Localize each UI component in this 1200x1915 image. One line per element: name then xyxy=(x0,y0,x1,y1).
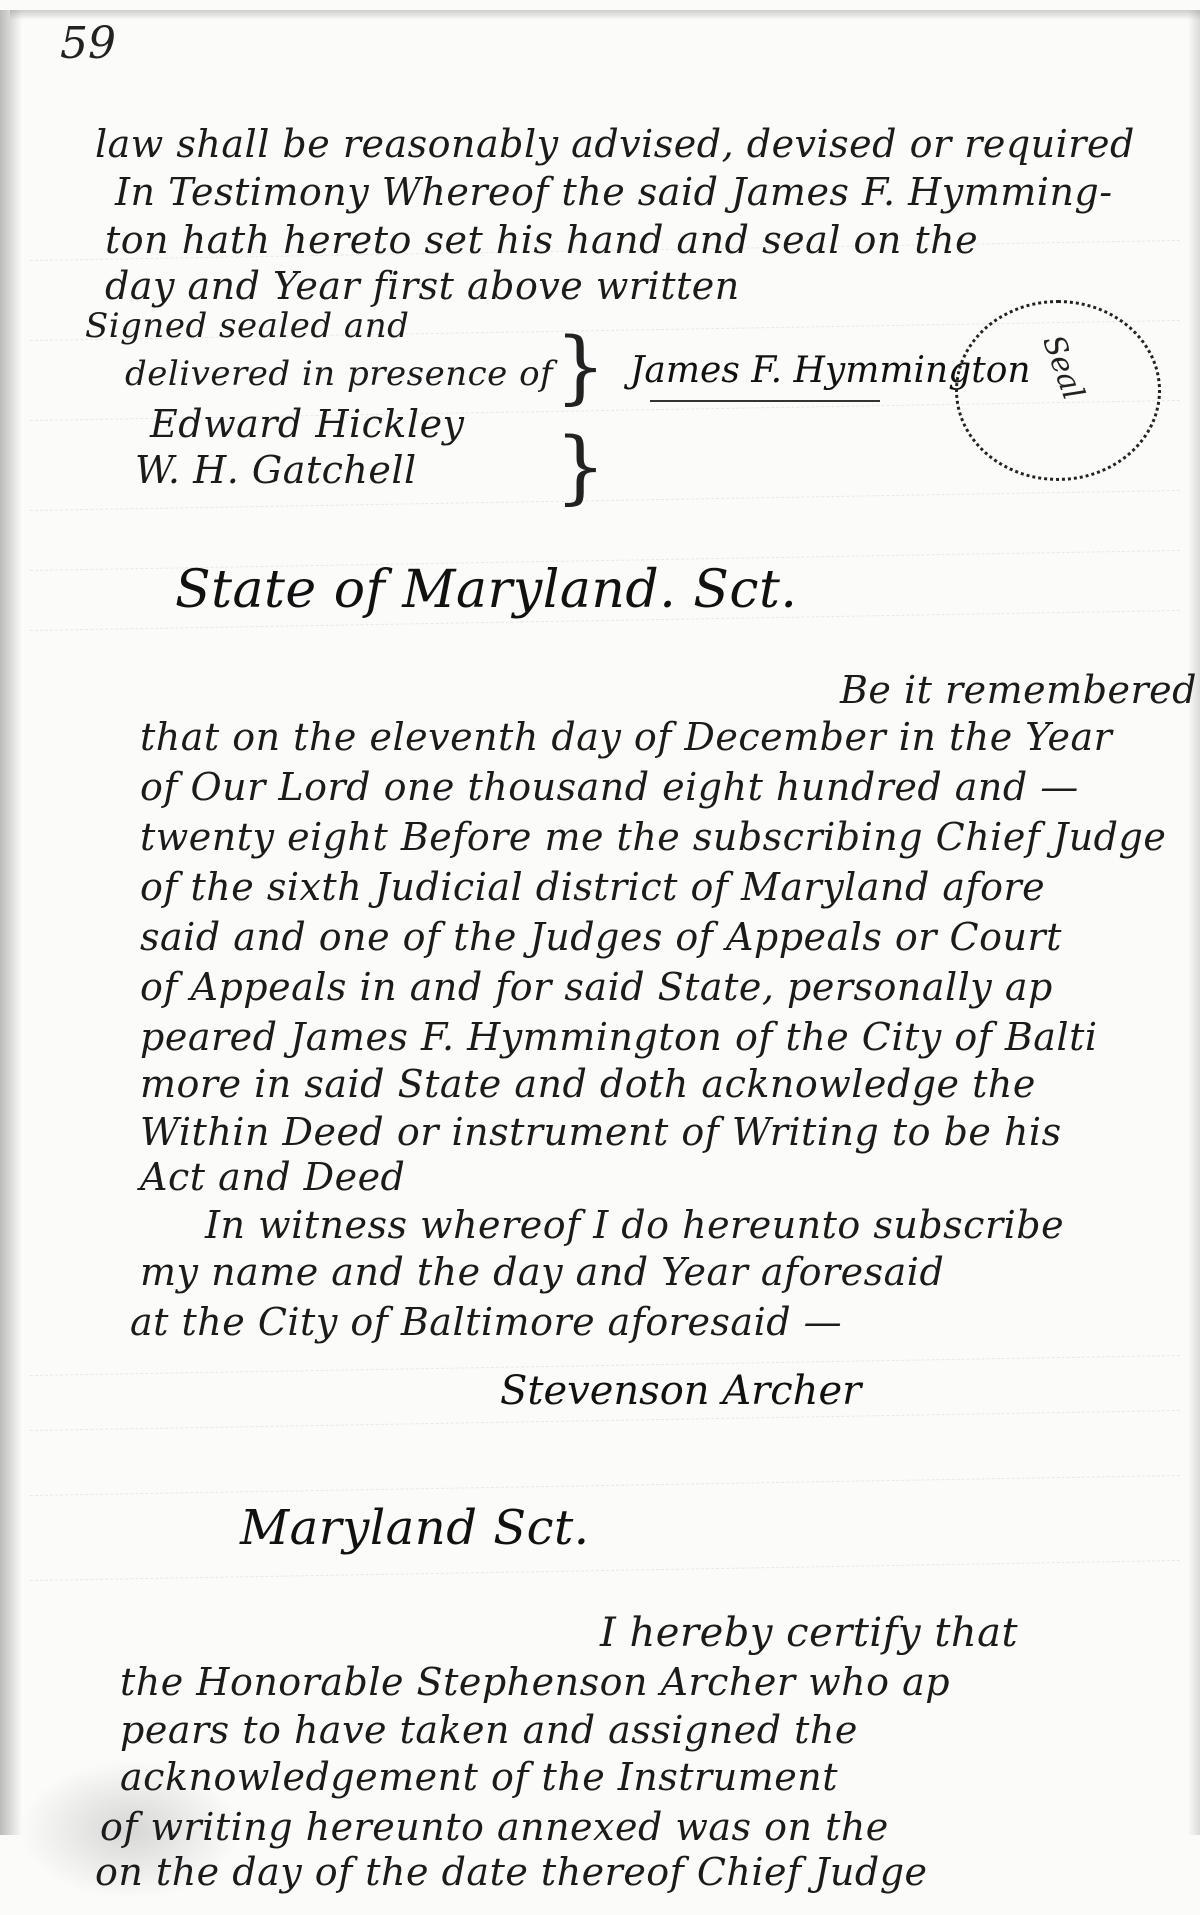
scan-edge-right xyxy=(1188,10,1200,1835)
acknowledgment-line: that on the eleventh day of December in … xyxy=(140,715,1112,759)
certificate-line: acknowledgement of the Instrument xyxy=(120,1755,838,1799)
acknowledgment-line: of Our Lord one thousand eight hundred a… xyxy=(140,765,1079,809)
acknowledgment-line: Be it remembered xyxy=(840,668,1197,712)
deed-closing-line: day and Year first above written xyxy=(105,264,740,308)
brace-icon: } xyxy=(555,420,606,513)
attestation-line: delivered in presence of xyxy=(125,354,553,394)
scan-edge-top xyxy=(10,10,1200,20)
bleed-through-line xyxy=(30,1475,1180,1497)
scan-edge-left xyxy=(0,10,22,1835)
acknowledgment-line: of Appeals in and for said State, person… xyxy=(140,965,1053,1009)
judge-signature: Stevenson Archer xyxy=(500,1368,861,1414)
deed-closing-line: law shall be reasonably advised, devised… xyxy=(95,122,1135,166)
deed-closing-line: In Testimony Whereof the said James F. H… xyxy=(115,170,1113,214)
certificate-line: I hereby certify that xyxy=(600,1610,1018,1656)
deed-closing-line: ton hath hereto set his hand and seal on… xyxy=(105,218,978,262)
acknowledgment-line: more in said State and doth acknowledge … xyxy=(140,1062,1036,1106)
brace-icon: } xyxy=(555,320,606,413)
certificate-line: of writing hereunto annexed was on the xyxy=(100,1805,889,1849)
acknowledgment-line: said and one of the Judges of Appeals or… xyxy=(140,915,1062,959)
acknowledgment-line: Act and Deed xyxy=(140,1155,405,1199)
page-number: 59 xyxy=(60,18,116,69)
bleed-through-line xyxy=(30,1560,1180,1582)
acknowledgment-line: peared James F. Hymmington of the City o… xyxy=(140,1015,1098,1059)
section-heading: Maryland Sct. xyxy=(240,1500,590,1556)
certificate-line: pears to have taken and assigned the xyxy=(120,1708,858,1752)
certificate-line: the Honorable Stephenson Archer who ap xyxy=(120,1660,950,1704)
section-heading: State of Maryland. Sct. xyxy=(175,560,797,620)
witness-name: W. H. Gatchell xyxy=(135,448,417,492)
scanned-document-page: 59 law shall be reasonably advised, devi… xyxy=(0,0,1200,1915)
signature-underline xyxy=(650,400,880,402)
acknowledgment-line: of the sixth Judicial district of Maryla… xyxy=(140,865,1045,909)
acknowledgment-line: Within Deed or instrument of Writing to … xyxy=(140,1110,1062,1154)
acknowledgment-line: In witness whereof I do hereunto subscri… xyxy=(205,1203,1064,1247)
acknowledgment-line: at the City of Baltimore aforesaid — xyxy=(130,1300,842,1344)
witness-name: Edward Hickley xyxy=(150,402,465,446)
acknowledgment-line: my name and the day and Year aforesaid xyxy=(140,1250,944,1294)
certificate-line: on the day of the date thereof Chief Jud… xyxy=(95,1850,928,1894)
acknowledgment-line: twenty eight Before me the subscribing C… xyxy=(140,815,1166,859)
attestation-line: Signed sealed and xyxy=(85,306,409,346)
